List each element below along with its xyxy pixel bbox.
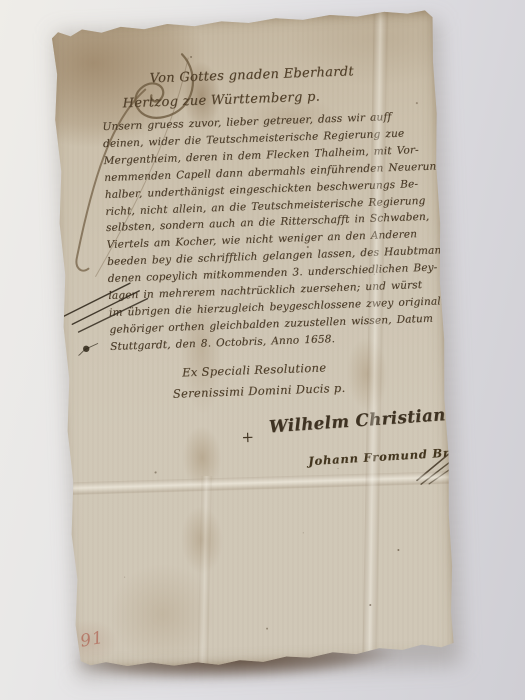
horizontal-fold-crease: [59, 471, 455, 496]
ink-blot: [76, 339, 103, 360]
paper-speckle: [124, 577, 125, 578]
paper-speckle: [397, 549, 399, 551]
paper-speckle: [416, 102, 418, 104]
archival-mark: 91: [79, 628, 106, 652]
paper-speckle: [307, 246, 309, 248]
subscription-line-1: Ex Speciali Resolutione: [182, 360, 327, 379]
paper-speckle: [338, 468, 339, 469]
signature-primary: Wilhelm Christian Faber: [268, 401, 507, 438]
signature-paraph: [414, 439, 466, 486]
paper-speckle: [266, 628, 268, 630]
margin-pen-strokes: [56, 274, 158, 342]
paper-speckle: [190, 56, 192, 58]
subscription-line-2: Serenissimi Domini Ducis p.: [173, 381, 346, 401]
paper-speckle: [369, 604, 371, 606]
paper-speckle: [303, 532, 304, 533]
photo-background: Von Gottes gnaden Eberhardt Hertzog zue …: [0, 0, 525, 700]
signature-cross: +: [241, 428, 254, 446]
vertical-fold-crease-left: [197, 476, 212, 670]
manuscript-paper: Von Gottes gnaden Eberhardt Hertzog zue …: [47, 9, 457, 670]
paper-speckle: [155, 471, 157, 473]
